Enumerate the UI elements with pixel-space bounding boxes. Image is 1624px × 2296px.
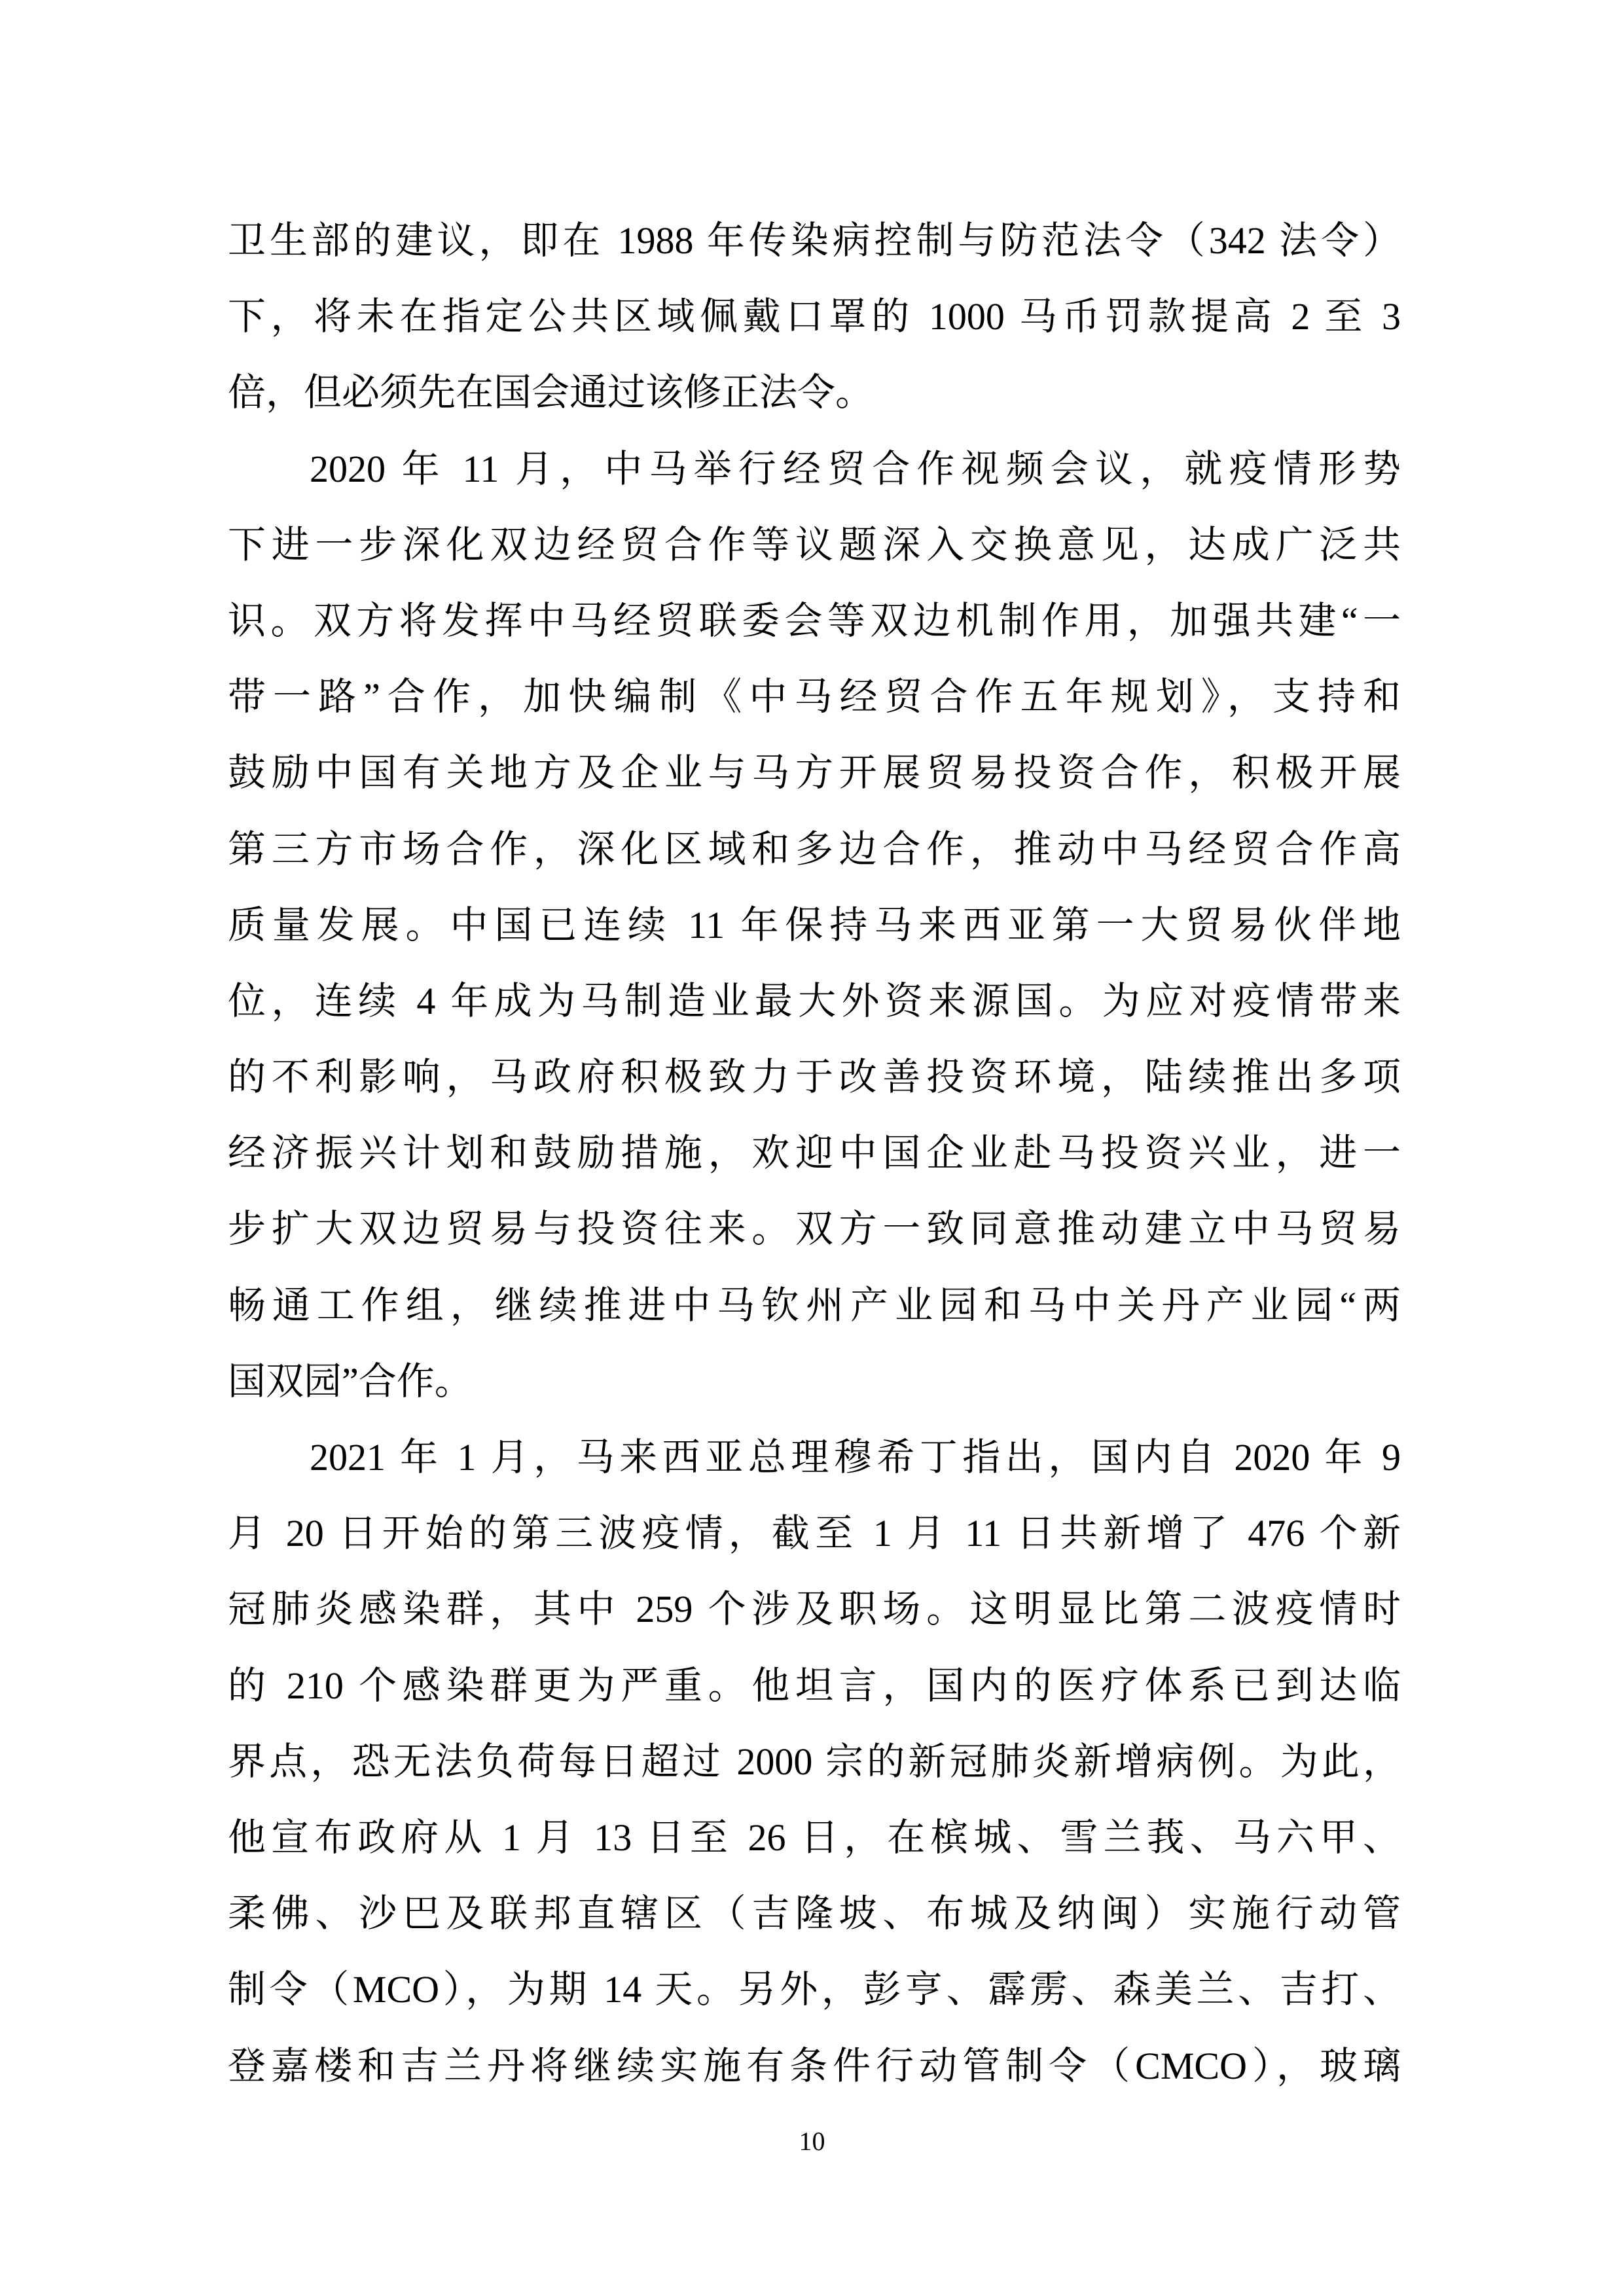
text-line: 制令（MCO），为期 14 天。另外，彭亨、霹雳、森美兰、吉打、 xyxy=(228,1952,1401,2028)
text-line: 的不利影响，马政府积极致力于改善投资环境，陆续推出多项 xyxy=(228,1039,1401,1115)
text-line: 畅通工作组，继续推进中马钦州产业园和马中关丹产业园“两 xyxy=(228,1268,1401,1344)
text-line: 卫生部的建议，即在 1988 年传染病控制与防范法令（342 法令） xyxy=(228,203,1401,279)
text-line: 2020 年 11 月，中马举行经贸合作视频会议，就疫情形势 xyxy=(228,431,1401,507)
text-line: 质量发展。中国已连续 11 年保持马来西亚第一大贸易伙伴地 xyxy=(228,888,1401,963)
text-line: 识。双方将发挥中马经贸联委会等双边机制作用，加强共建“一 xyxy=(228,583,1401,659)
text-line: 步扩大双边贸易与投资往来。双方一致同意推动建立中马贸易 xyxy=(228,1191,1401,1267)
text-line: 带一路”合作，加快编制《中马经贸合作五年规划》，支持和 xyxy=(228,659,1401,735)
body-text: 卫生部的建议，即在 1988 年传染病控制与防范法令（342 法令） 下，将未在… xyxy=(228,203,1401,2104)
text-line: 月 20 日开始的第三波疫情，截至 1 月 11 日共新增了 476 个新 xyxy=(228,1496,1401,1571)
text-line: 第三方市场合作，深化区域和多边合作，推动中马经贸合作高 xyxy=(228,812,1401,888)
text-line: 经济振兴计划和鼓励措施，欢迎中国企业赴马投资兴业，进一 xyxy=(228,1115,1401,1191)
page-number: 10 xyxy=(0,2126,1624,2157)
document-page: 卫生部的建议，即在 1988 年传染病控制与防范法令（342 法令） 下，将未在… xyxy=(0,0,1624,2296)
text-line: 倍，但必须先在国会通过该修正法令。 xyxy=(228,355,1401,431)
text-line: 下，将未在指定公共区域佩戴口罩的 1000 马币罚款提高 2 至 3 xyxy=(228,279,1401,355)
text-line: 国双园”合作。 xyxy=(228,1344,1401,1420)
text-line: 下进一步深化双边经贸合作等议题深入交换意见，达成广泛共 xyxy=(228,507,1401,583)
text-line: 冠肺炎感染群，其中 259 个涉及职场。这明显比第二波疫情时 xyxy=(228,1571,1401,1647)
text-line: 鼓励中国有关地方及企业与马方开展贸易投资合作，积极开展 xyxy=(228,735,1401,811)
text-line: 界点，恐无法负荷每日超过 2000 宗的新冠肺炎新增病例。为此， xyxy=(228,1724,1401,1800)
text-line: 的 210 个感染群更为严重。他坦言，国内的医疗体系已到达临 xyxy=(228,1648,1401,1724)
text-line: 柔佛、沙巴及联邦直辖区（吉隆坡、布城及纳闽）实施行动管 xyxy=(228,1876,1401,1952)
text-line: 登嘉楼和吉兰丹将继续实施有条件行动管制令（CMCO），玻璃 xyxy=(228,2028,1401,2104)
text-line: 位，连续 4 年成为马制造业最大外资来源国。为应对疫情带来 xyxy=(228,963,1401,1039)
text-line: 他宣布政府从 1 月 13 日至 26 日，在槟城、雪兰莪、马六甲、 xyxy=(228,1800,1401,1876)
text-line: 2021 年 1 月，马来西亚总理穆希丁指出，国内自 2020 年 9 xyxy=(228,1420,1401,1496)
